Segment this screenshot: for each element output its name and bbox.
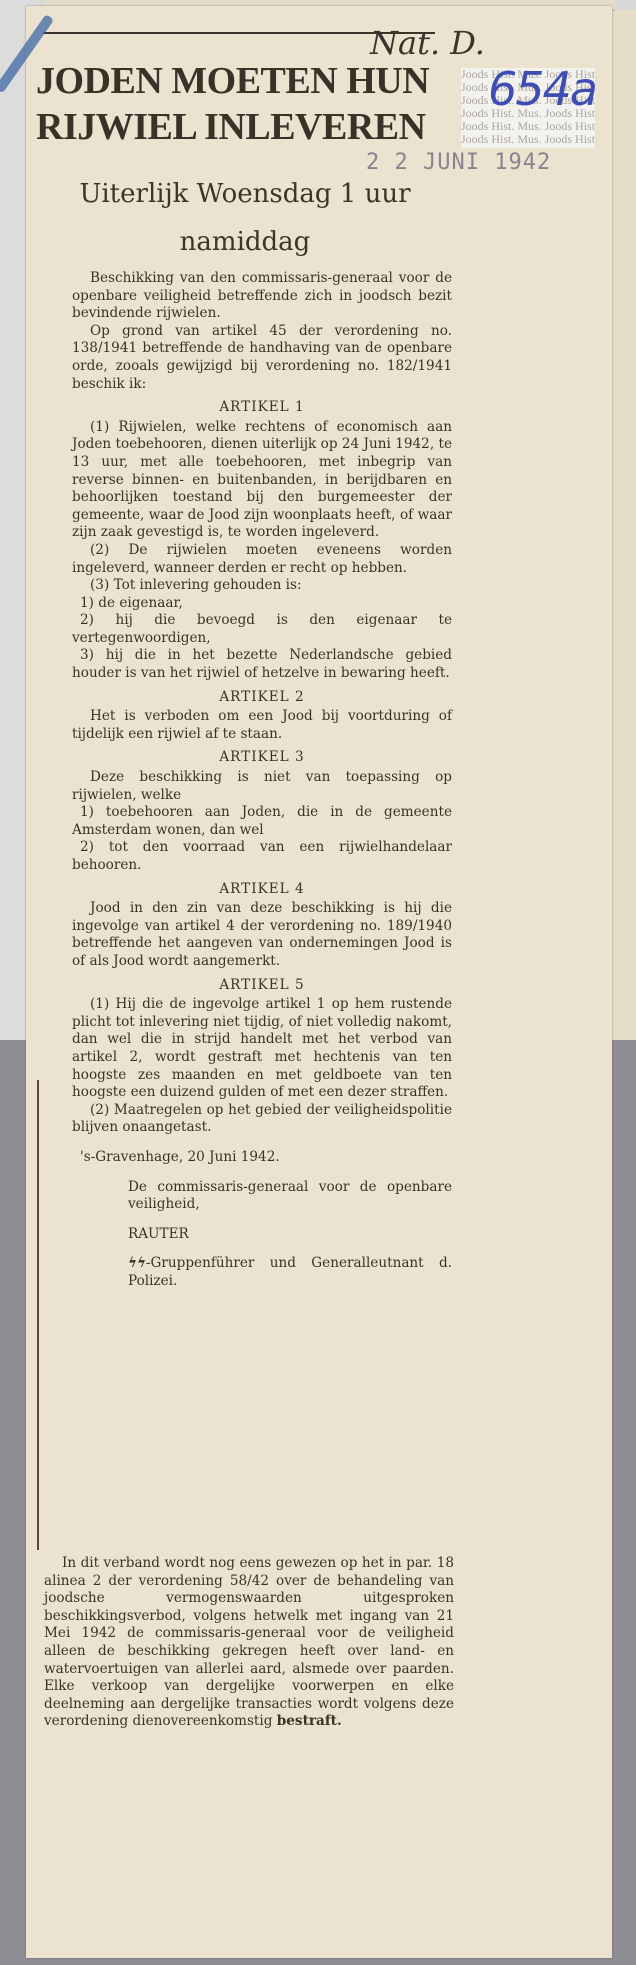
clipping-edge-line: [37, 1080, 39, 1550]
signature-rank-text: -Gruppenführer und Generalleutnant d. Po…: [128, 1255, 452, 1289]
closing-last-word: bestraft.: [277, 1713, 342, 1729]
article-paragraph: (1) Hij die de ingevolge artikel 1 op he…: [72, 996, 452, 1102]
article-list-item: 1) toebehooren aan Joden, die in de geme…: [72, 804, 452, 839]
intro-paragraph: Op grond van artikel 45 der verordening …: [72, 323, 452, 393]
article-paragraph: (2) De rijwielen moeten eveneens worden …: [72, 542, 452, 577]
article-paragraph: (3) Tot inlevering gehouden is:: [72, 577, 452, 595]
article-paragraph: Deze beschikking is niet van toepassing …: [72, 769, 452, 804]
subheadline: Uiterlijk Woensdag 1 uur namiddag: [40, 170, 450, 266]
headline-line-1: JODEN MOETEN HUN: [36, 58, 446, 104]
signature-title: De commissaris-generaal voor de openbare…: [128, 1179, 452, 1214]
museum-inventory-number: 654a: [488, 62, 596, 116]
intro-paragraph: Beschikking van den commissaris-generaal…: [72, 270, 452, 323]
article-list-item: 2) tot den voorraad van een rijwielhande…: [72, 839, 452, 874]
headline: JODEN MOETEN HUN RIJWIEL INLEVEREN: [36, 58, 446, 150]
article-paragraph: (1) Rijwielen, welke rechtens of economi…: [72, 419, 452, 542]
headline-line-2: RIJWIEL INLEVEREN: [36, 104, 446, 150]
closing-text: In dit verband wordt nog eens gewezen op…: [44, 1555, 454, 1729]
article-paragraph: (2) Maatregelen op het gebied der veilig…: [72, 1102, 452, 1137]
signature-name: RAUTER: [128, 1226, 452, 1244]
article-body: Beschikking van den commissaris-generaal…: [72, 270, 452, 1290]
ss-rune-symbol: ϟϟ: [128, 1255, 146, 1271]
subheadline-line-2: namiddag: [40, 218, 450, 266]
article-heading: ARTIKEL 4: [72, 881, 452, 899]
article-paragraph: Jood in den zin van deze beschikking is …: [72, 900, 452, 970]
signature-rank: ϟϟ-Gruppenführer und Generalleutnant d. …: [128, 1255, 452, 1290]
closing-paragraph: In dit verband wordt nog eens gewezen op…: [44, 1555, 454, 1731]
article-heading: ARTIKEL 3: [72, 749, 452, 767]
place-date: 's-Gravenhage, 20 Juni 1942.: [72, 1149, 452, 1167]
closing-note: In dit verband wordt nog eens gewezen op…: [44, 1555, 454, 1731]
article-heading: ARTIKEL 1: [72, 399, 452, 417]
handwritten-note: Nat. D.: [370, 24, 485, 62]
article-heading: ARTIKEL 5: [72, 977, 452, 995]
article-paragraph: Het is verboden om een Jood bij voortdur…: [72, 708, 452, 743]
article-list-item: 3) hij die in het bezette Nederlandsche …: [72, 647, 452, 682]
article-list-item: 2) hij die bevoegd is den eigenaar te ve…: [72, 612, 452, 647]
article-heading: ARTIKEL 2: [72, 689, 452, 707]
article-list-item: 1) de eigenaar,: [72, 595, 452, 613]
museum-label-line: Joods Hist. Mus. Joods Hist. Mus. Joods …: [461, 133, 595, 146]
subheadline-line-1: Uiterlijk Woensdag 1 uur: [40, 170, 450, 218]
